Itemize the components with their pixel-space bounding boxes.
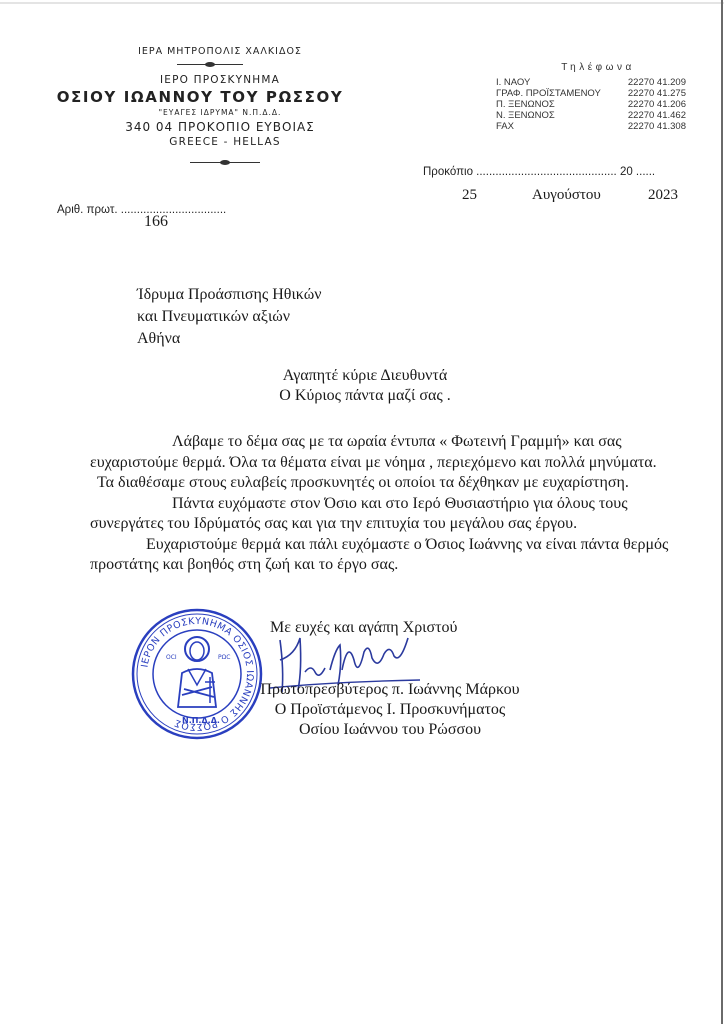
protocol-number: 166 — [144, 213, 168, 231]
letterhead-shrine: ΙΕΡΟ ΠΡΟΣΚΥΝΗΜΑ — [110, 74, 330, 86]
recipient-line: Ίδρυμα Προάσπισης Ηθικών — [137, 284, 321, 306]
scan-edge-right — [721, 0, 723, 1024]
signatory-institution: Οσίου Ιωάννου του Ρώσσου — [250, 720, 530, 740]
phone-row: ΓΡΑΦ. ΠΡΟΪΣΤΑΜΕΝΟΥ 22270 41.275 — [496, 88, 686, 99]
greeting: Αγαπητέ κύριε Διευθυντά Ο Κύριος πάντα μ… — [270, 366, 460, 406]
phone-number: 22270 41.308 — [628, 121, 686, 132]
blessing: Ο Κύριος πάντα μαζί σας . — [270, 386, 460, 406]
signatory-name: Πρωτοπρεσβύτερος π. Ιωάννης Μάρκου — [250, 680, 530, 700]
phone-row: Ν. ΞΕΝΩΝΟΣ 22270 41.462 — [496, 110, 686, 121]
letterhead-address: 340 04 ΠΡΟΚΟΠΙΟ ΕΥΒΟΙΑΣ — [80, 120, 360, 134]
body-paragraph: Πάντα ευχόμαστε στον Όσιο και στο Ιερό Θ… — [90, 494, 690, 535]
phone-label: Π. ΞΕΝΩΝΟΣ — [496, 99, 555, 110]
signatory-block: Πρωτοπρεσβύτερος π. Ιωάννης Μάρκου Ο Προ… — [250, 680, 530, 740]
svg-text:ΟCΙ: ΟCΙ — [166, 654, 177, 661]
phone-label: Ι. ΝΑΟΥ — [496, 77, 530, 88]
svg-text:Ν.Π.Δ.Δ.: Ν.Π.Δ.Δ. — [182, 716, 220, 725]
svg-text:ΙΕΡΟΝ ΠΡΟΣΚΥΝΗΜΑ ΟΣΙΟΣ ΙΩΑΝΝΗΣ: ΙΕΡΟΝ ΠΡΟΣΚΥΝΗΜΑ ΟΣΙΟΣ ΙΩΑΝΝΗΣ Ο ΡΩΣΣΟΣ — [139, 616, 255, 732]
body-paragraph: Λάβαμε το δέμα σας με τα ωραία έντυπα « … — [90, 432, 690, 473]
recipient-line: Αθήνα — [137, 328, 321, 350]
ornamental-divider — [190, 162, 260, 163]
phone-number: 22270 41.462 — [628, 110, 686, 121]
letterhead-country: GREECE - HELLAS — [110, 136, 340, 148]
phone-label: FAX — [496, 121, 514, 132]
svg-text:ΡΩC: ΡΩC — [218, 654, 230, 661]
place-date-line: Προκόπιο ...............................… — [423, 166, 655, 178]
recipient-block: Ίδρυμα Προάσπισης Ηθικών και Πνευματικών… — [137, 284, 321, 350]
phone-label: ΓΡΑΦ. ΠΡΟΪΣΤΑΜΕΝΟΥ — [496, 88, 601, 99]
phone-label: Ν. ΞΕΝΩΝΟΣ — [496, 110, 555, 121]
phone-number: 22270 41.275 — [628, 88, 686, 99]
letterhead-legal-status: "ΕΥΑΓΕΣ ΙΔΡΥΜΑ" Ν.Π.Δ.Δ. — [110, 108, 330, 117]
letter-body: Λάβαμε το δέμα σας με τα ωραία έντυπα « … — [90, 432, 690, 576]
date-year: 2023 — [648, 187, 678, 204]
recipient-line: και Πνευματικών αξιών — [137, 306, 321, 328]
phone-row: Π. ΞΕΝΩΝΟΣ 22270 41.206 — [496, 99, 686, 110]
protocol-label: Αριθ. πρωτ. ............................… — [57, 204, 226, 216]
ornamental-divider — [177, 64, 243, 65]
phone-row: Ι. ΝΑΟΥ 22270 41.209 — [496, 77, 686, 88]
body-paragraph: Τα διαθέσαμε στους ευλαβείς προσκυνητές … — [90, 473, 690, 494]
date-day: 25 — [462, 187, 477, 204]
letterhead-metropolis: ΙΕΡΑ ΜΗΤΡΟΠΟΛΙΣ ΧΑΛΚΙΔΟΣ — [110, 46, 330, 57]
letterhead-name: ΟΣΙΟΥ ΙΩΑΝΝΟΥ ΤΟΥ ΡΩΣΣΟΥ — [40, 88, 360, 106]
phone-number: 22270 41.209 — [628, 77, 686, 88]
date-month: Αυγούστου — [532, 187, 601, 204]
salutation: Αγαπητέ κύριε Διευθυντά — [270, 366, 460, 386]
official-stamp-icon: ΙΕΡΟΝ ΠΡΟΣΚΥΝΗΜΑ ΟΣΙΟΣ ΙΩΑΝΝΗΣ Ο ΡΩΣΣΟΣ … — [130, 607, 264, 741]
phones-title: Τηλέφωνα — [528, 62, 668, 73]
phone-number: 22270 41.206 — [628, 99, 686, 110]
signatory-title: Ο Προϊστάμενος Ι. Προσκυνήματος — [250, 700, 530, 720]
body-paragraph: Ευχαριστούμε θερμά και πάλι ευχόμαστε ο … — [90, 535, 690, 576]
scan-edge-top — [0, 2, 724, 4]
phone-row: FAX 22270 41.308 — [496, 121, 686, 132]
